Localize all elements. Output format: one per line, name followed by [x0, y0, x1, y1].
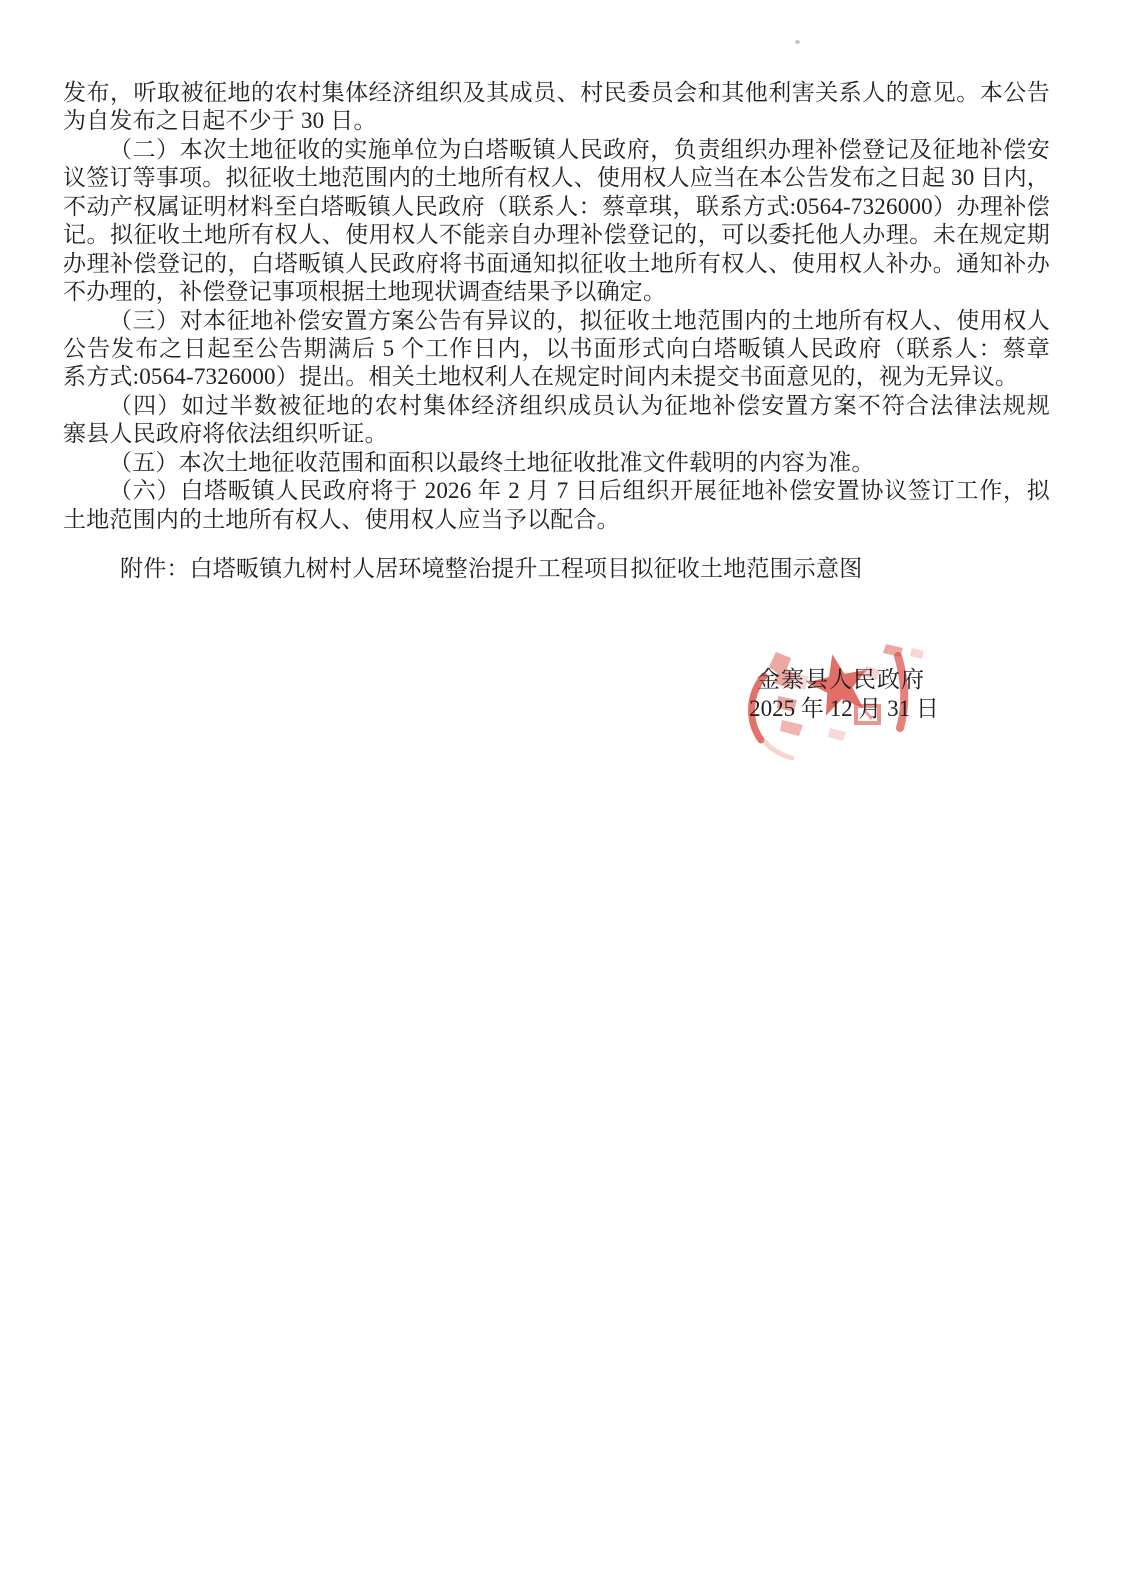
body-line: 系方式:0564-7326000）提出。相关土地权利人在规定时间内未提交书面意见…	[63, 363, 1050, 391]
issue-date: 2025 年 12 月 31 日	[721, 694, 967, 723]
seal-fragment	[828, 728, 846, 741]
attachment-line: 附件：白塔畈镇九树村人居环境整治提升工程项目拟征收土地范围示意图	[120, 555, 862, 583]
issuer-signature: 金寨县人民政府	[731, 665, 951, 694]
body-line: 记。拟征收土地所有权人、使用权人不能亲自办理补偿登记的，可以委托他人办理。未在规…	[63, 221, 1050, 249]
scan-speck	[795, 40, 800, 44]
seal-fragment	[910, 648, 924, 659]
seal-fragment	[883, 644, 903, 657]
body-line: （二）本次土地征收的实施单位为白塔畈镇人民政府，负责组织办理补偿登记及征地补偿安…	[63, 136, 1050, 164]
body-line: （四）如过半数被征地的农村集体经济组织成员认为征地补偿安置方案不符合法律法规规定…	[63, 392, 1050, 420]
document-page: 发布，听取被征地的农村集体经济组织及其成员、村民委员会和其他利害关系人的意见。本…	[0, 0, 1122, 1587]
seal-ring-arc-lower	[765, 742, 792, 758]
body-line: 公告发布之日起至公告期满后 5 个工作日内，以书面形式向白塔畈镇人民政府（联系人…	[63, 335, 1050, 363]
body-line: 为自发布之日起不少于 30 日。	[63, 107, 1050, 135]
body-line: （三）对本征地补偿安置方案公告有异议的，拟征收土地范围内的土地所有权人、使用权人…	[63, 307, 1050, 335]
body-line: 土地范围内的土地所有权人、使用权人应当予以配合。	[63, 506, 1050, 534]
body-line: 不办理的，补偿登记事项根据土地现状调查结果予以确定。	[63, 278, 1050, 306]
body-line: （六）白塔畈镇人民政府将于 2026 年 2 月 7 日后组织开展征地补偿安置协…	[63, 477, 1050, 505]
body-line: （五）本次土地征收范围和面积以最终土地征收批准文件载明的内容为准。	[63, 449, 1050, 477]
body-line: 办理补偿登记的，白塔畈镇人民政府将书面通知拟征收土地所有权人、使用权人补办。通知…	[63, 250, 1050, 278]
body-line: 寨县人民政府将依法组织听证。	[63, 420, 1050, 448]
document-body: 发布，听取被征地的农村集体经济组织及其成员、村民委员会和其他利害关系人的意见。本…	[63, 79, 1050, 534]
body-line: 不动产权属证明材料至白塔畈镇人民政府（联系人：蔡章琪，联系方式:0564-732…	[63, 193, 1050, 221]
body-line: 议签订等事项。拟征收土地范围内的土地所有权人、使用权人应当在本公告发布之日起 3…	[63, 164, 1050, 192]
body-line: 发布，听取被征地的农村集体经济组织及其成员、村民委员会和其他利害关系人的意见。本…	[63, 79, 1050, 107]
